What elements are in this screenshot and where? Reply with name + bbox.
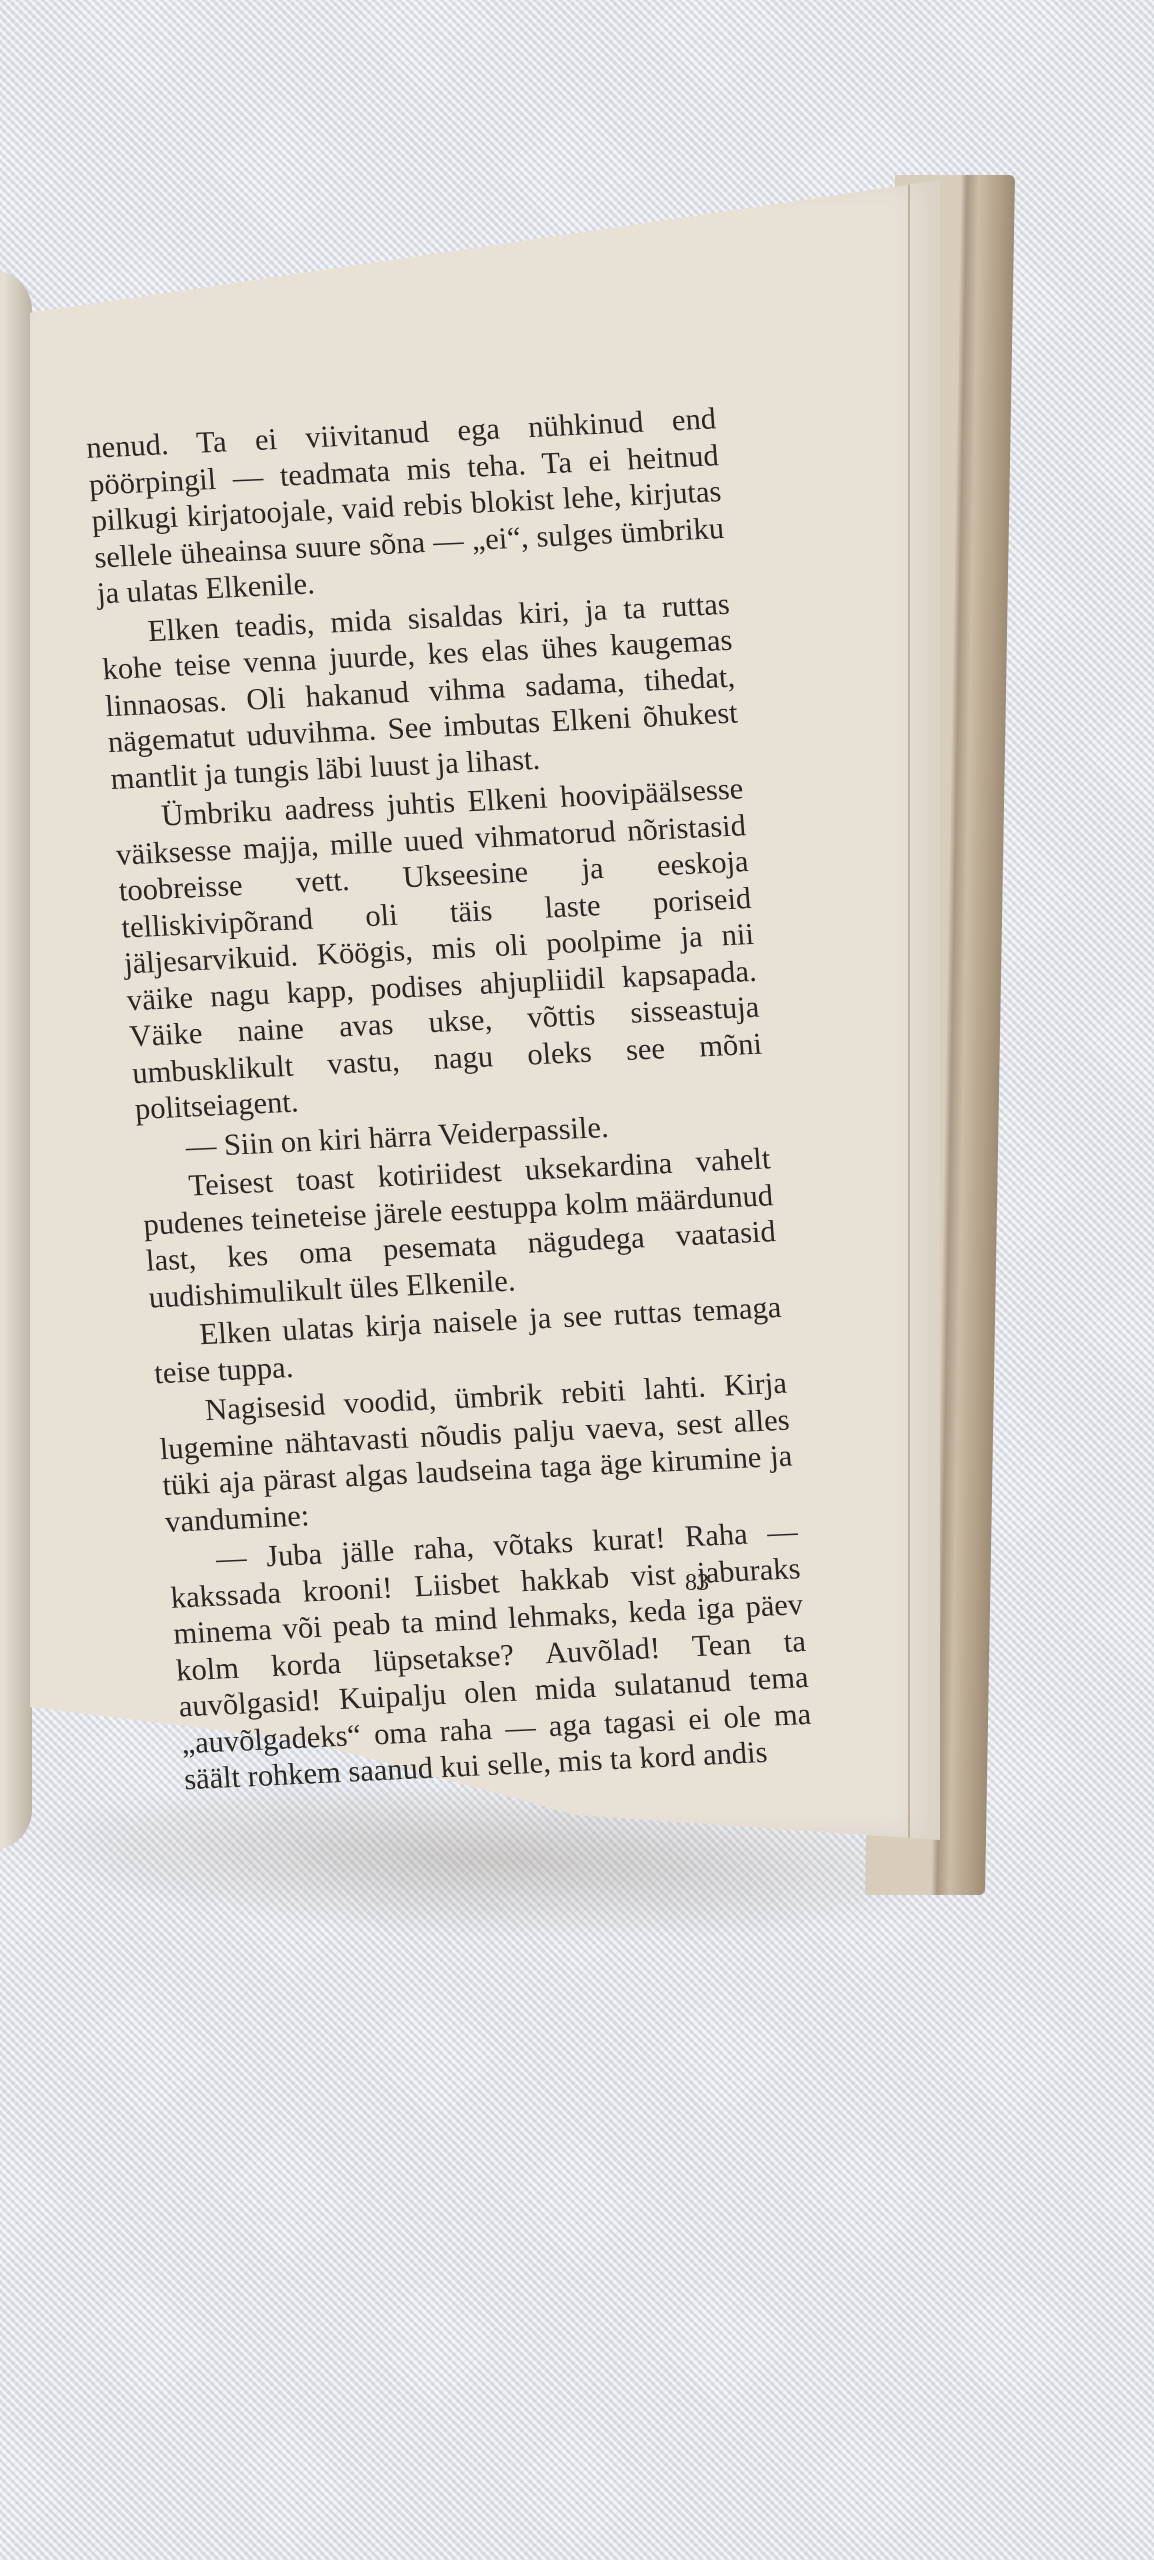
left-page-edge <box>0 270 32 1850</box>
paragraph: — Juba jälle raha, võtaks kurat! Raha — … <box>167 1513 815 1798</box>
paragraph: nenud. Ta ei viivitanud ega nühkinud end… <box>85 400 728 612</box>
paragraph: Nagisesid voodid, ümbrik rebiti lahti. K… <box>156 1365 796 1540</box>
paragraph: Teisest toast kotiriidest uksekardina va… <box>139 1140 779 1315</box>
page-number: 83 <box>685 1570 709 1597</box>
paragraph: Elken teadis, mida sisaldas kiri, ja ta … <box>99 585 742 797</box>
paragraph: Ümbriku aadress juhtis Elkeni hoovipääls… <box>112 770 766 1127</box>
